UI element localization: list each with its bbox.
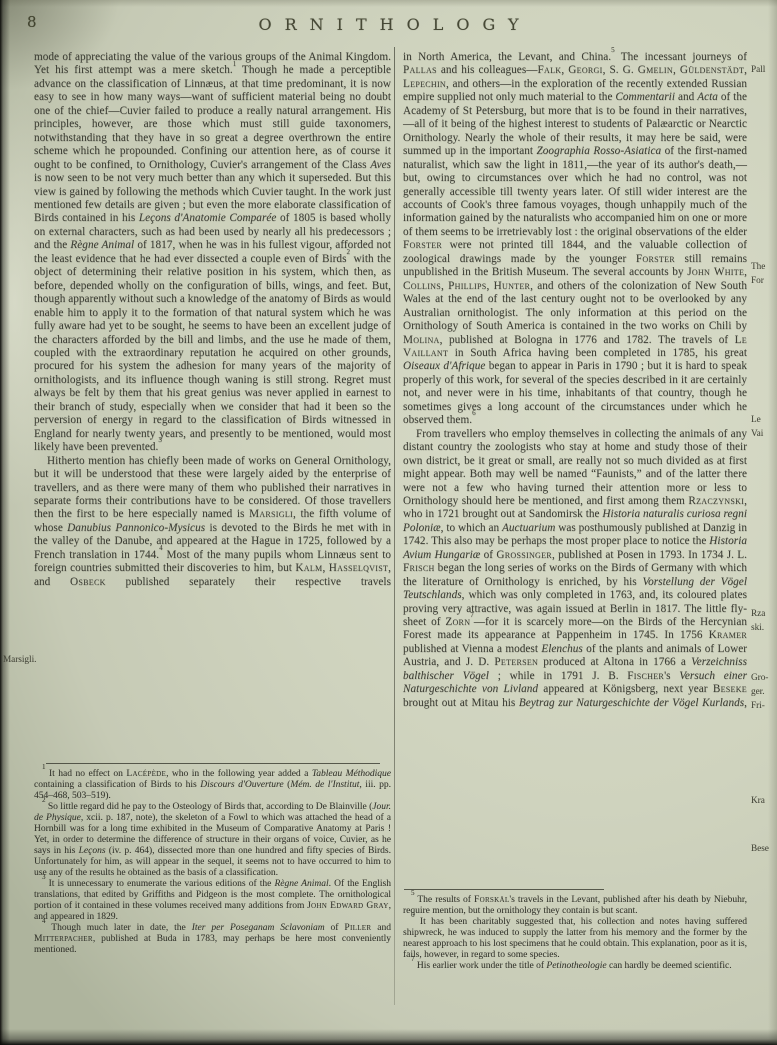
book-page: 8 ORNITHOLOGY mode of appreciating the v… bbox=[0, 0, 777, 1045]
body-paragraph: Hitherto mention has chiefly been made o… bbox=[34, 455, 391, 590]
margin-note: ger. bbox=[751, 686, 777, 696]
left-footnotes: 1 It had no effect on Lacépède, who in t… bbox=[34, 763, 391, 956]
right-column: in North America, the Levant, and China.… bbox=[403, 51, 747, 710]
margin-note: Bese bbox=[751, 843, 777, 853]
margin-note: The bbox=[751, 261, 777, 271]
margin-note: Le bbox=[751, 414, 777, 424]
margin-note: Rza bbox=[751, 608, 777, 618]
margin-note: Marsigli. bbox=[3, 654, 53, 664]
margin-note: Kra bbox=[751, 795, 777, 805]
column-divider bbox=[394, 47, 395, 1005]
margin-note: For bbox=[751, 275, 777, 285]
running-title: ORNITHOLOGY bbox=[0, 15, 777, 34]
footnote: 1 It had no effect on Lacépède, who in t… bbox=[34, 769, 391, 802]
footnote-rule bbox=[46, 763, 380, 764]
footnote: 4 Though much later in date, the Iter pe… bbox=[34, 923, 391, 956]
footnote: 3 It is unnecessary to enumerate the var… bbox=[34, 879, 391, 923]
margin-note: Pall bbox=[751, 64, 777, 74]
margin-note: Vai bbox=[751, 428, 777, 438]
footnote-rule bbox=[404, 889, 604, 890]
left-column: mode of appreciating the value of the va… bbox=[34, 51, 391, 589]
footnote: 5 The results of Forskål's travels in th… bbox=[403, 895, 747, 917]
margin-note: ski. bbox=[751, 622, 777, 632]
margin-note: Gro- bbox=[751, 672, 777, 682]
footnote: 7 His earlier work under the title of Pe… bbox=[403, 961, 747, 972]
margin-note: Fri- bbox=[751, 700, 777, 710]
right-footnotes: 5 The results of Forskål's travels in th… bbox=[403, 889, 747, 972]
body-paragraph: in North America, the Levant, and China.… bbox=[403, 51, 747, 428]
body-paragraph: mode of appreciating the value of the va… bbox=[34, 51, 391, 455]
footnote: 2 So little regard did he pay to the Ost… bbox=[34, 802, 391, 879]
body-paragraph: From travellers who employ themselves in… bbox=[403, 428, 747, 711]
footnote: 6 It has been charitably suggested that,… bbox=[403, 917, 747, 961]
